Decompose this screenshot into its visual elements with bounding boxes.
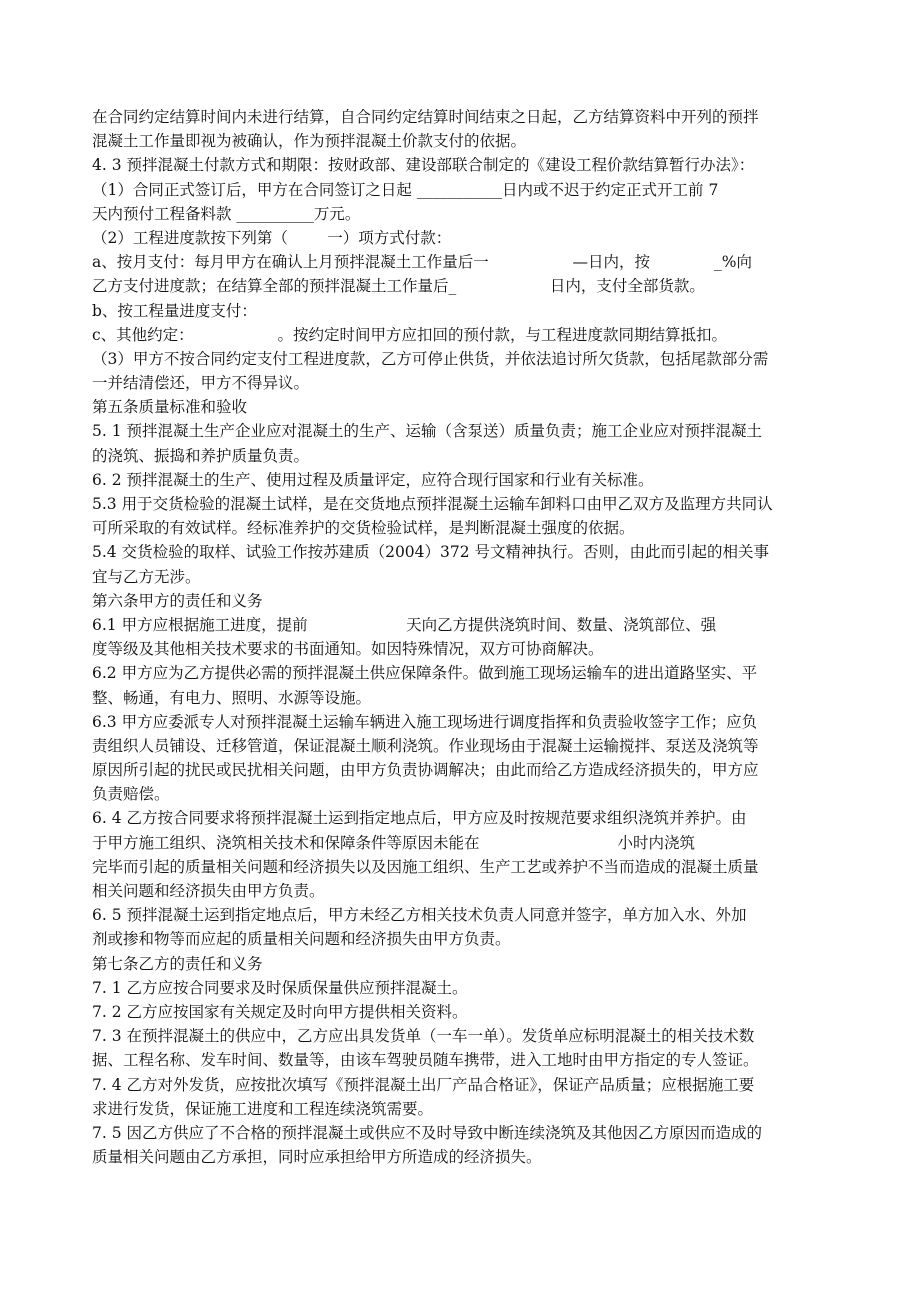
section-heading-5: 第五条质量标准和验收 (92, 395, 832, 419)
text-line: 乙方支付进度款；在结算全部的预拌混凝土工作量后_ 日内，支付全部货款。 (92, 274, 832, 298)
text-line: 宜与乙方无涉。 (92, 565, 832, 589)
text-line: a、按月支付：每月甲方在确认上月预拌混凝土工作量后一 —日内，按 _%向 (92, 250, 832, 274)
text-line: （2）工程进度款按下列第（ 一）项方式付款： (92, 226, 832, 250)
text-line: （3）甲方不按合同约定支付工程进度款，乙方可停止供货，并依法追讨所欠货款，包括尾… (92, 347, 832, 371)
clause-7-4: 7. 4 乙方对外发货，应按批次填写《预拌混凝土出厂产品合格证》，保证产品质量；… (92, 1073, 832, 1097)
clause-5-3: 5.3 用于交货检验的混凝土试样，是在交货地点预拌混凝土运输车卸料口由甲乙双方及… (92, 492, 832, 516)
clause-7-1: 7. 1 乙方应按合同要求及时保质保量供应预拌混凝土。 (92, 976, 832, 1000)
section-heading-7: 第七条乙方的责任和义务 (92, 952, 832, 976)
text-line: 在合同约定结算时间内未进行结算，自合同约定结算时间结束之日起，乙方结算资料中开列… (92, 105, 832, 129)
text-line: 剂或掺和物等而应起的质量相关问题和经济损失由甲方负责。 (92, 927, 832, 951)
text-line: 混凝土工作量即视为被确认，作为预拌混凝土价款支付的依据。 (92, 129, 832, 153)
text-line: 整、畅通，有电力、照明、水源等设施。 (92, 686, 832, 710)
text-line: c、其他约定： 。按约定时间甲方应扣回的预付款，与工程进度款同期结算抵扣。 (92, 323, 832, 347)
text-line: 天内预付工程备料款 __________万元。 (92, 202, 832, 226)
clause-7-2: 7. 2 乙方应按国家有关规定及时向甲方提供相关资料。 (92, 1000, 832, 1024)
clause-5-4: 5.4 交货检验的取样、试验工作按苏建质（2004）372 号文精神执行。否则，… (92, 540, 832, 564)
text-line: 可所采取的有效试样。经标准养护的交货检验试样，是判断混凝土强度的依据。 (92, 516, 832, 540)
text-line: 负责赔偿。 (92, 782, 832, 806)
clause-6-3: 6.3 甲方应委派专人对预拌混凝土运输车辆进入施工现场进行调度指挥和负责验收签字… (92, 710, 832, 734)
text-line: 相关问题和经济损失由甲方负责。 (92, 879, 832, 903)
text-line: 质量相关问题由乙方承担，同时应承担给甲方所造成的经济损失。 (92, 1145, 832, 1169)
clause-6-1: 6.1 甲方应根据施工进度，提前 天向乙方提供浇筑时间、数量、浇筑部位、强 (92, 613, 832, 637)
clause-7-3: 7. 3 在预拌混凝土的供应中，乙方应出具发货单（一车一单）。发货单应标明混凝土… (92, 1024, 832, 1048)
text-line: b、按工程量进度支付： (92, 299, 832, 323)
clause-6-5: 6. 5 预拌混凝土运到指定地点后，甲方未经乙方相关技术负责人同意并签字，单方加… (92, 903, 832, 927)
text-line: 一并结清偿还，甲方不得异议。 (92, 371, 832, 395)
text-line: 于甲方施工组织、浇筑相关技术和保障条件等原因未能在 小时内浇筑 (92, 831, 832, 855)
text-line: （1）合同正式签订后，甲方在合同签订之日起 ___________日内或不迟于约… (92, 178, 832, 202)
text-line: 原因所引起的扰民或民扰相关问题，由甲方负责协调解决；由此而给乙方造成经济损失的，… (92, 758, 832, 782)
clause-4-3: 4. 3 预拌混凝土付款方式和期限：按财政部、建设部联合制定的《建设工程价款结算… (92, 153, 832, 177)
text-line: 度等级及其他相关技术要求的书面通知。如因特殊情况，双方可协商解决。 (92, 637, 832, 661)
section-heading-6: 第六条甲方的责任和义务 (92, 589, 832, 613)
text-line: 求进行发货，保证施工进度和工程连续浇筑需要。 (92, 1097, 832, 1121)
clause-5-2: 6. 2 预拌混凝土的生产、使用过程及质量评定，应符合现行国家和行业有关标准。 (92, 468, 832, 492)
clause-6-4: 6. 4 乙方按合同要求将预拌混凝土运到指定地点后，甲方应及时按规范要求组织浇筑… (92, 806, 832, 830)
clause-7-5: 7. 5 因乙方供应了不合格的预拌混凝土或供应不及时导致中断连续浇筑及其他因乙方… (92, 1121, 832, 1145)
text-line: 据、工程名称、发车时间、数量等，由该车驾驶员随车携带，进入工地时由甲方指定的专人… (92, 1048, 832, 1072)
document-page: 在合同约定结算时间内未进行结算，自合同约定结算时间结束之日起，乙方结算资料中开列… (92, 105, 832, 1169)
clause-6-2: 6.2 甲方应为乙方提供必需的预拌混凝土供应保障条件。做到施工现场运输车的进出道… (92, 661, 832, 685)
text-line: 责组织人员铺设、迁移管道，保证混凝土顺利浇筑。作业现场由于混凝土运输搅拌、泵送及… (92, 734, 832, 758)
text-line: 的浇筑、振捣和养护质量负责。 (92, 444, 832, 468)
clause-5-1: 5. 1 预拌混凝土生产企业应对混凝土的生产、运输（含泵送）质量负责；施工企业应… (92, 419, 832, 443)
text-line: 完毕而引起的质量相关问题和经济损失以及因施工组织、生产工艺或养护不当而造成的混凝… (92, 855, 832, 879)
